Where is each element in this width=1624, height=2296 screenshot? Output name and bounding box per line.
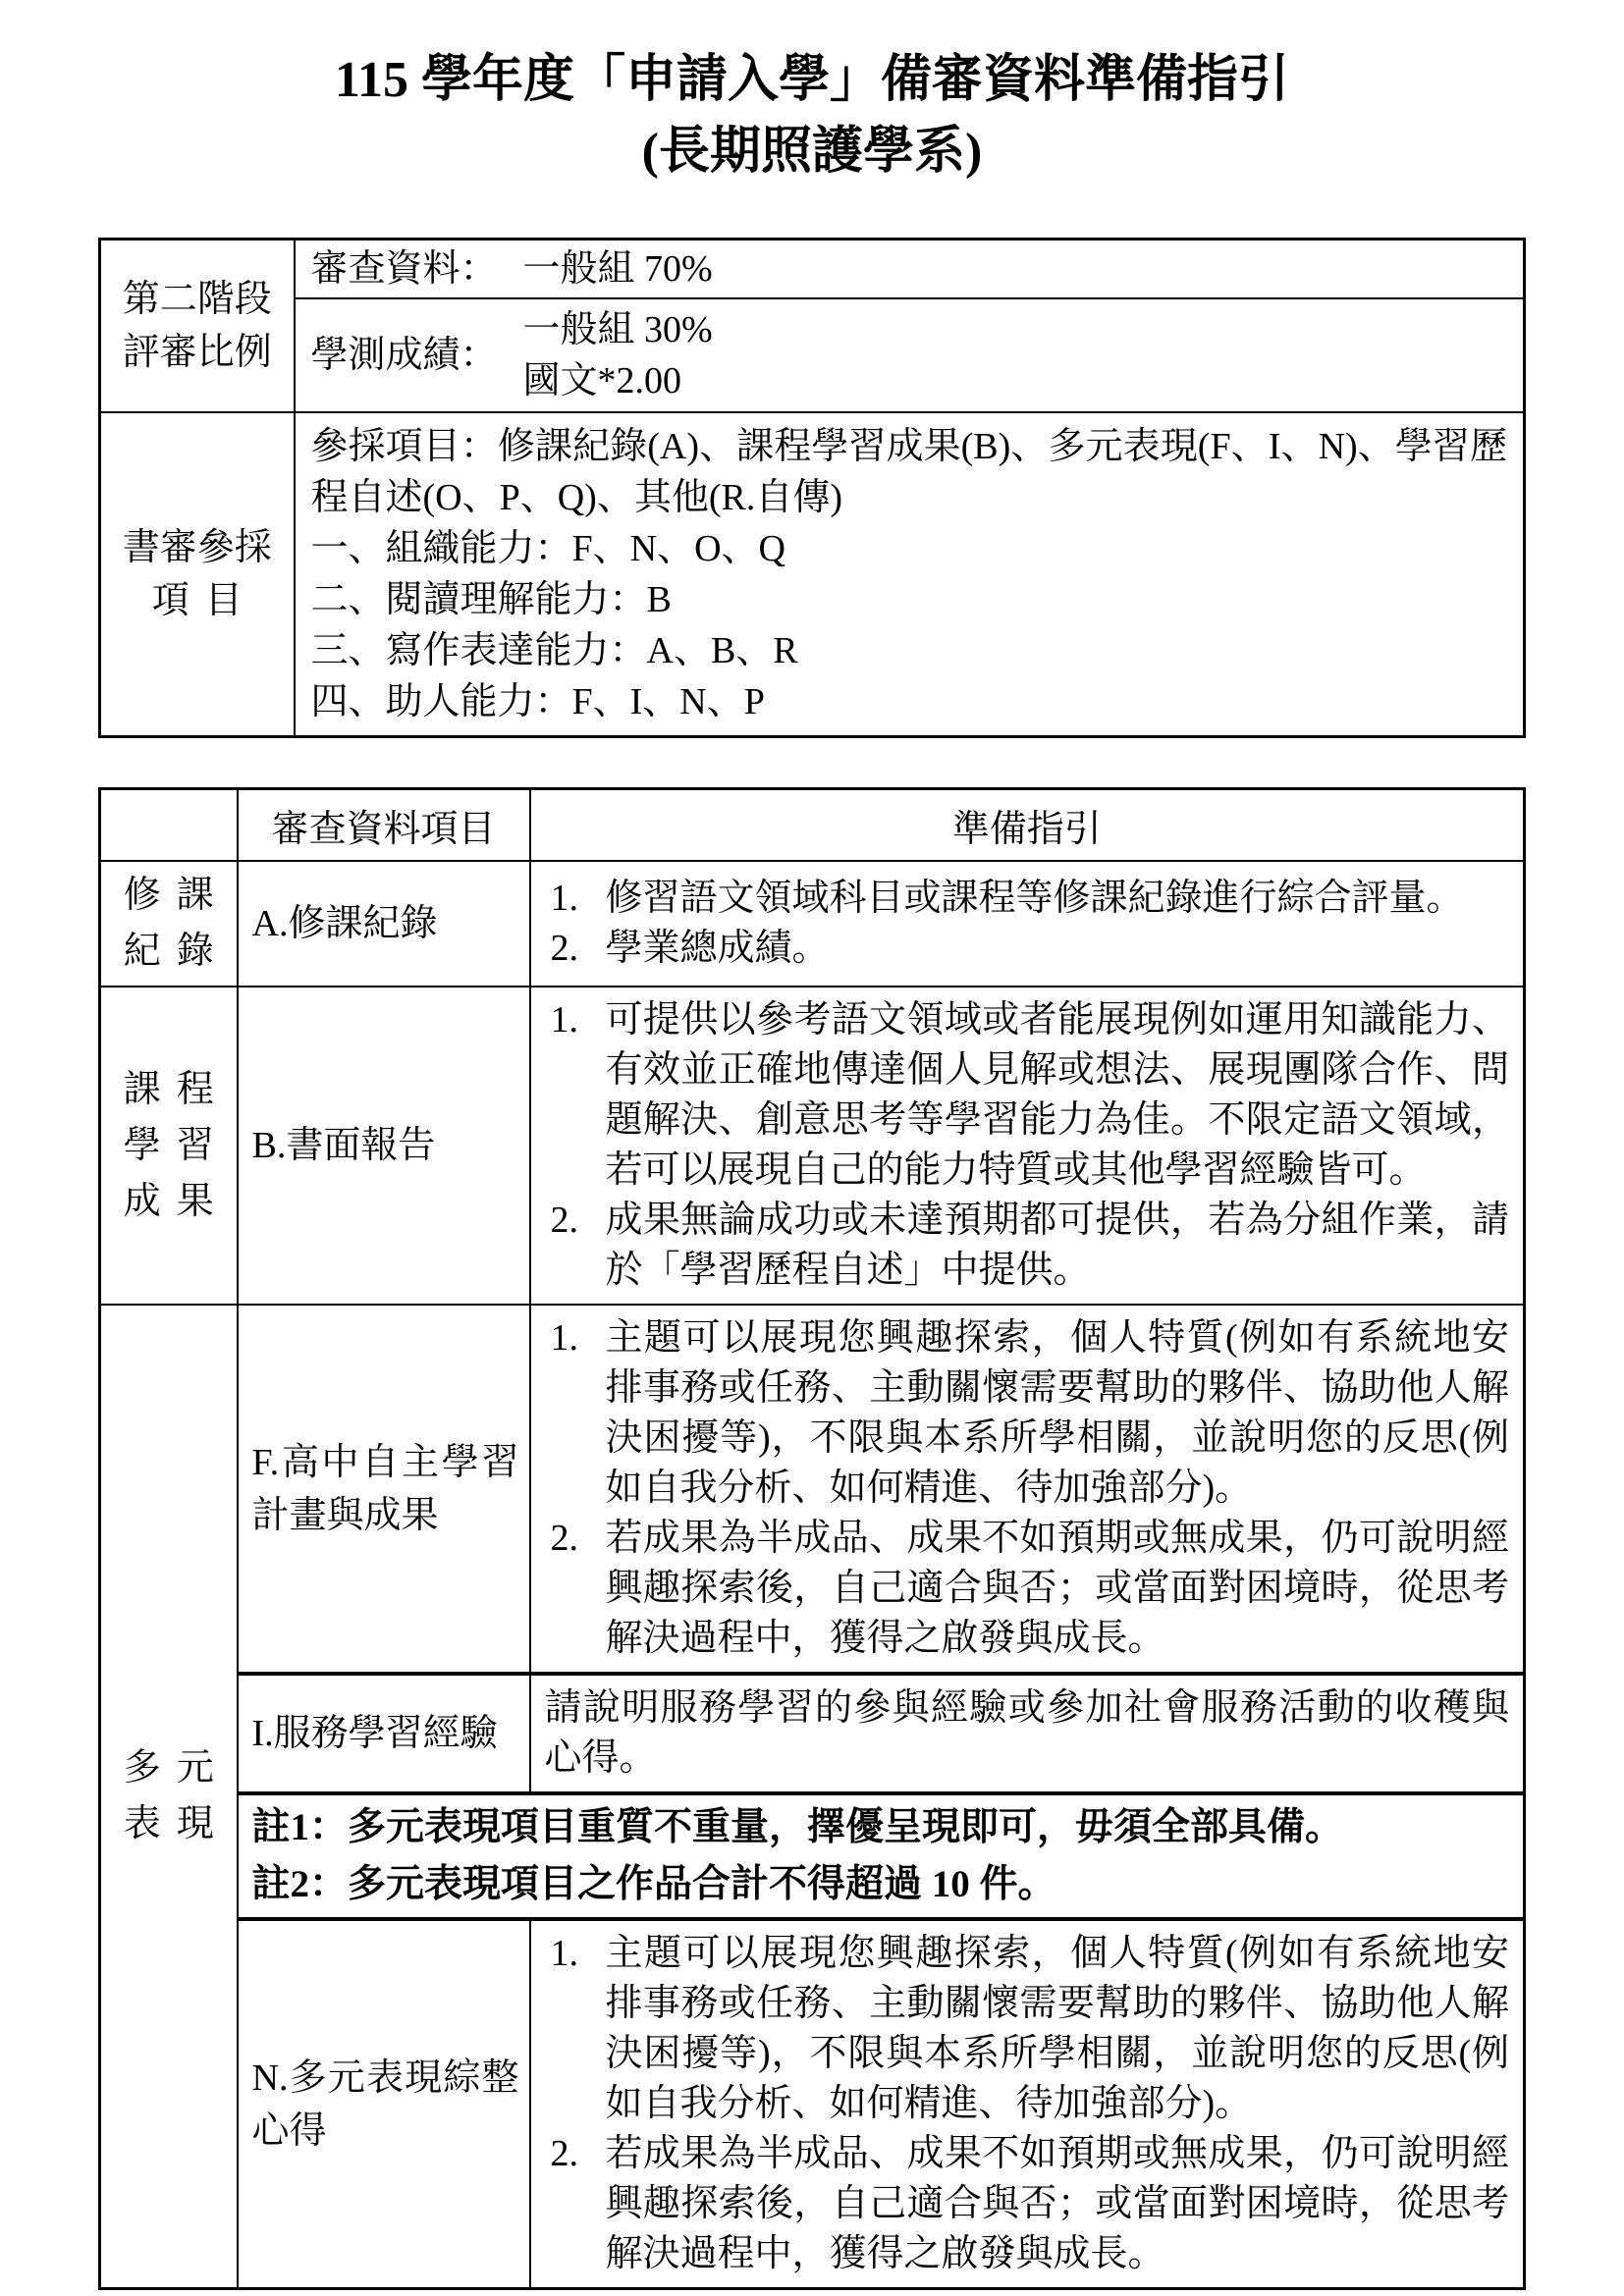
category-line: 成果 bbox=[103, 1174, 249, 1230]
doc-review-line: 參採項目：修課紀錄(A)、課程學習成果(B)、多元表現(F、I、N)、學習歷程自… bbox=[311, 421, 1508, 523]
note-line: 註1：多元表現項目重質不重量，擇優呈現即可，毋須全部具備。 bbox=[252, 1799, 1514, 1856]
guide-text: 請說明服務學習的參與經驗或參加社會服務活動的收穫與心得。 bbox=[545, 1683, 1510, 1784]
guide-header-blank bbox=[100, 788, 238, 861]
guide-list-item: 學業總成績。 bbox=[545, 924, 1510, 974]
exam-score-row: 學測成績： 一般組 30% 國文*2.00 bbox=[100, 298, 1525, 412]
category-line: 修課 bbox=[103, 868, 249, 924]
category-line: 表現 bbox=[103, 1796, 249, 1852]
document-title: 115 學年度「申請入學」備審資料準備指引 bbox=[98, 45, 1526, 117]
guide-list-item: 若成果為半成品、成果不如預期或無成果，仍可說明經興趣探索後，自己適合與否；或當面… bbox=[545, 1514, 1510, 1664]
table-row-multi-performance-summary: N.多元表現綜整心得 主題可以展現您興趣探索，個人特質(例如有系統地安排事務或任… bbox=[100, 1919, 1525, 2289]
category-line: 多元 bbox=[103, 1740, 249, 1796]
review-data-value: 一般組 70% bbox=[523, 243, 1514, 294]
exam-score-values: 一般組 30% 國文*2.00 bbox=[523, 304, 1514, 406]
guide-list-item: 修習語文領域科目或課程等修課紀錄進行綜合評量。 bbox=[545, 874, 1510, 924]
doc-review-line: 四、助人能力：F、I、N、P bbox=[311, 676, 1508, 727]
guide-header-guide: 準備指引 bbox=[530, 788, 1525, 861]
category-line: 課程 bbox=[103, 1062, 249, 1118]
guide-list-item: 成果無論成功或未達預期都可提供，若為分組作業，請於「學習歷程自述」中提供。 bbox=[545, 1196, 1510, 1296]
item-cell: N.多元表現綜整心得 bbox=[238, 1919, 530, 2289]
guide-cell: 修習語文領域科目或課程等修課紀錄進行綜合評量。 學業總成績。 bbox=[530, 861, 1525, 987]
guide-list-item: 主題可以展現您興趣探索，個人特質(例如有系統地安排事務或任務、主動關懷需要幫助的… bbox=[545, 1313, 1510, 1514]
stage-label-line: 評審比例 bbox=[103, 326, 292, 379]
guide-header-row: 審查資料項目 準備指引 bbox=[100, 788, 1525, 861]
table-row-course-record: 修課 紀錄 A.修課紀錄 修習語文領域科目或課程等修課紀錄進行綜合評量。 學業總… bbox=[100, 861, 1525, 987]
table-row-service-learning: I.服務學習經驗 請說明服務學習的參與經驗或參加社會服務活動的收穫與心得。 bbox=[100, 1674, 1525, 1793]
table-row-notes: 註1：多元表現項目重質不重量，擇優呈現即可，毋須全部具備。 註2：多元表現項目之… bbox=[100, 1793, 1525, 1919]
review-data-label: 審查資料： bbox=[311, 243, 523, 294]
review-data-cell: 審查資料： 一般組 70% bbox=[295, 239, 1525, 298]
doc-review-line: 一、組織能力：F、N、O、Q bbox=[311, 523, 1508, 574]
guide-table: 審查資料項目 準備指引 修課 紀錄 A.修課紀錄 修習語文領域科目或課程等修課紀… bbox=[98, 787, 1526, 2291]
item-cell: B.書面報告 bbox=[238, 987, 530, 1305]
doc-review-line: 二、閱讀理解能力：B bbox=[311, 574, 1508, 625]
doc-review-line: 三、寫作表達能力：A、B、R bbox=[311, 625, 1508, 676]
stage-label-cell: 第二階段 評審比例 bbox=[100, 239, 295, 412]
guide-cell: 請說明服務學習的參與經驗或參加社會服務活動的收穫與心得。 bbox=[530, 1674, 1525, 1793]
guide-list-item: 若成果為半成品、成果不如預期或無成果，仍可說明經興趣探索後，自己適合與否；或當面… bbox=[545, 2129, 1510, 2279]
item-cell: I.服務學習經驗 bbox=[238, 1674, 530, 1793]
review-data-row: 第二階段 評審比例 審查資料： 一般組 70% bbox=[100, 239, 1525, 298]
stage-label-line: 第二階段 bbox=[103, 273, 292, 326]
doc-review-label-line: 項目 bbox=[103, 574, 306, 627]
doc-review-items-cell: 參採項目：修課紀錄(A)、課程學習成果(B)、多元表現(F、I、N)、學習歷程自… bbox=[295, 412, 1525, 737]
table-row-written-report: 課程 學習 成果 B.書面報告 可提供以參考語文領域或者能展現例如運用知識能力、… bbox=[100, 987, 1525, 1305]
exam-score-value: 國文*2.00 bbox=[523, 355, 1514, 406]
guide-cell: 主題可以展現您興趣探索，個人特質(例如有系統地安排事務或任務、主動關懷需要幫助的… bbox=[530, 1305, 1525, 1674]
table-row-self-learning: 多元 表現 F.高中自主學習計畫與成果 主題可以展現您興趣探索，個人特質(例如有… bbox=[100, 1305, 1525, 1674]
note-cell: 註1：多元表現項目重質不重量，擇優呈現即可，毋須全部具備。 註2：多元表現項目之… bbox=[238, 1793, 1525, 1919]
guide-cell: 可提供以參考語文領域或者能展現例如運用知識能力、有效並正確地傳達個人見解或想法、… bbox=[530, 987, 1525, 1305]
note-line: 註2：多元表現項目之作品合計不得超過 10 件。 bbox=[252, 1856, 1514, 1913]
guide-header-item: 審查資料項目 bbox=[238, 788, 530, 861]
guide-list-item: 主題可以展現您興趣探索，個人特質(例如有系統地安排事務或任務、主動關懷需要幫助的… bbox=[545, 1929, 1510, 2129]
exam-score-value: 一般組 30% bbox=[523, 304, 1514, 355]
doc-review-row: 書審參採 項目 參採項目：修課紀錄(A)、課程學習成果(B)、多元表現(F、I、… bbox=[100, 412, 1525, 737]
category-cell: 修課 紀錄 bbox=[100, 861, 238, 987]
category-line: 學習 bbox=[103, 1118, 249, 1174]
guide-list-item: 可提供以參考語文領域或者能展現例如運用知識能力、有效並正確地傳達個人見解或想法、… bbox=[545, 995, 1510, 1196]
doc-review-label-line: 書審參採 bbox=[103, 521, 292, 574]
document-page: 115 學年度「申請入學」備審資料準備指引 (長期照護學系) 第二階段 評審比例… bbox=[0, 0, 1624, 2290]
item-cell: A.修課紀錄 bbox=[238, 861, 530, 987]
category-cell: 課程 學習 成果 bbox=[100, 987, 238, 1305]
item-cell: F.高中自主學習計畫與成果 bbox=[238, 1305, 530, 1674]
exam-score-label: 學測成績： bbox=[311, 330, 523, 381]
exam-score-cell: 學測成績： 一般組 30% 國文*2.00 bbox=[295, 298, 1525, 412]
category-cell-multi-performance: 多元 表現 bbox=[100, 1305, 238, 2289]
category-line: 紀錄 bbox=[103, 924, 249, 980]
stage-ratio-table: 第二階段 評審比例 審查資料： 一般組 70% 學測成績： 一般組 30% 國文… bbox=[98, 238, 1526, 738]
doc-review-label-cell: 書審參採 項目 bbox=[100, 412, 295, 737]
guide-cell: 主題可以展現您興趣探索，個人特質(例如有系統地安排事務或任務、主動關懷需要幫助的… bbox=[530, 1919, 1525, 2289]
department-subtitle: (長期照護學系) bbox=[98, 117, 1526, 188]
